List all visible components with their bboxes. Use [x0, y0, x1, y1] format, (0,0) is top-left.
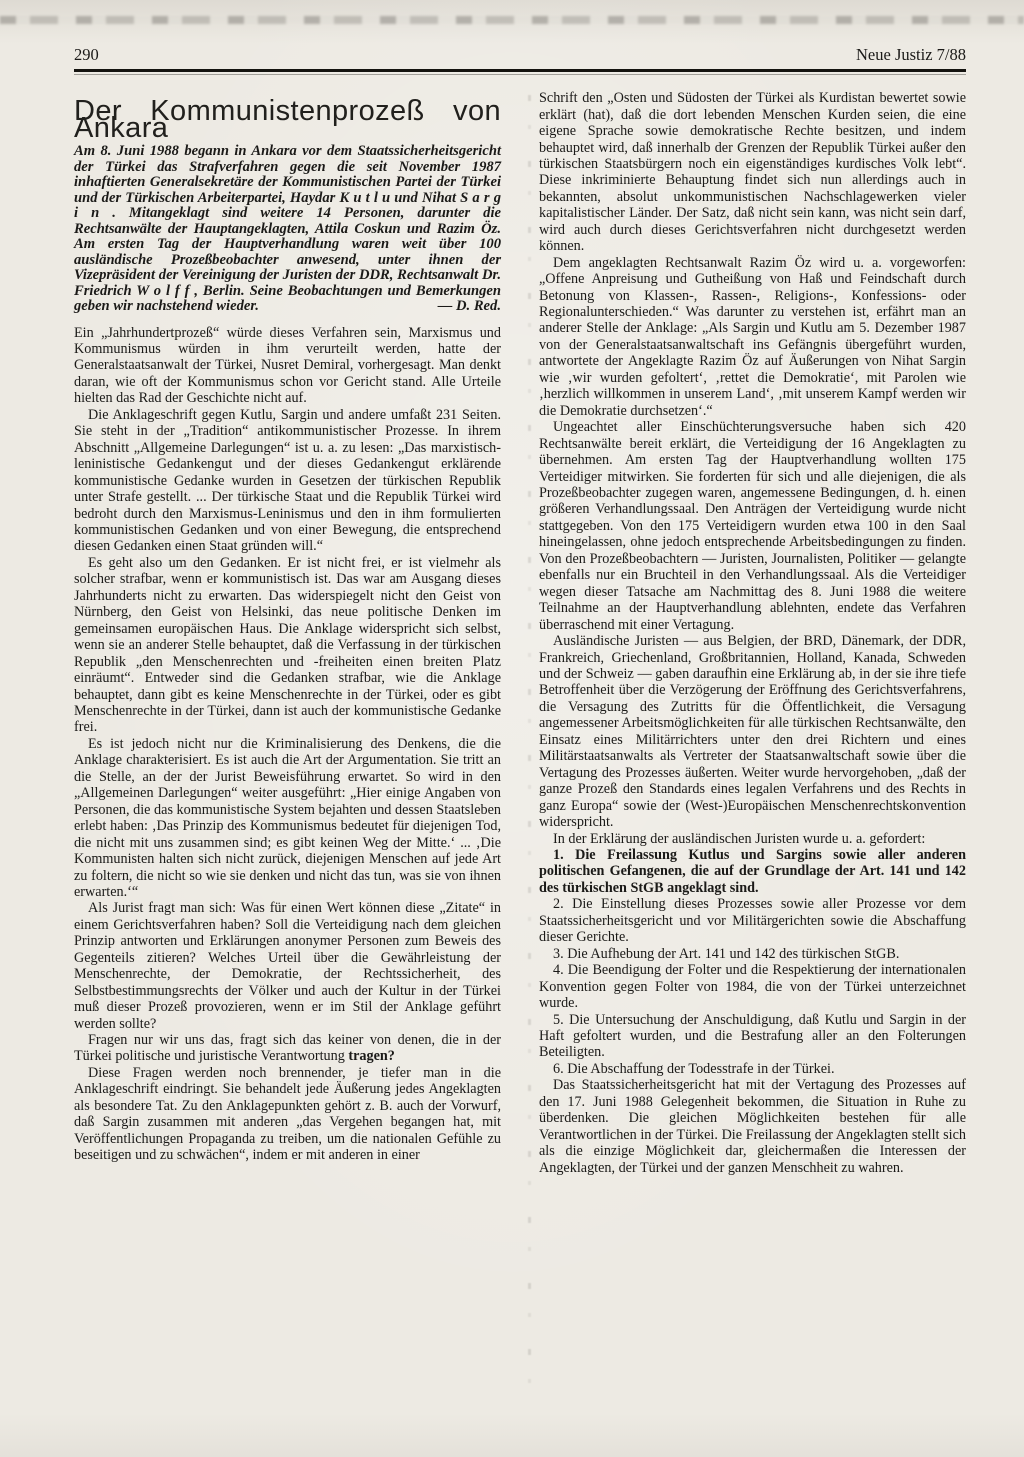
paragraph: Ungeachtet aller Einschüchterungsversuch…: [539, 419, 966, 633]
page-title: Der Kommunistenprozeß von Ankara: [74, 103, 501, 136]
paragraph: 6. Die Abschaffung der Todesstrafe in de…: [539, 1061, 966, 1077]
page-number: 290: [74, 46, 99, 64]
header-rule: [74, 69, 966, 75]
paragraph: 5. Die Untersuchung der Anschuldigung, d…: [539, 1012, 966, 1061]
paragraph: In der Erklärung der ausländischen Juris…: [539, 831, 966, 847]
paragraph: Ein „Jahrhundertprozeß“ würde dieses Ver…: [74, 325, 501, 407]
paragraph: Es ist jedoch nicht nur die Kriminalisie…: [74, 736, 501, 901]
paragraph: Fragen nur wir uns das, fragt sich das k…: [74, 1032, 501, 1065]
column-left: Der Kommunistenprozeß von Ankara Am 8. J…: [74, 90, 501, 1176]
paragraph: Die Anklageschrift gegen Kutlu, Sargin u…: [74, 407, 501, 555]
journal-title: Neue Justiz 7/88: [856, 46, 966, 64]
paragraph: 2. Die Einstellung dieses Prozesses sowi…: [539, 896, 966, 945]
paragraph: 4. Die Beendigung der Folter und die Res…: [539, 962, 966, 1011]
paragraph: Das Staatssicherheitsgericht hat mit der…: [539, 1077, 966, 1176]
paragraph: Diese Fragen werden noch brennender, je …: [74, 1065, 501, 1164]
paragraph: Schrift den „Osten und Südosten der Türk…: [539, 90, 966, 255]
article-body: Der Kommunistenprozeß von Ankara Am 8. J…: [74, 90, 966, 1176]
byline: — D. Red.: [438, 299, 501, 315]
page: 290 Neue Justiz 7/88 Der Kommunistenproz…: [74, 0, 966, 1176]
paragraph: Ausländische Juristen — aus Belgien, der…: [539, 633, 966, 830]
paragraph: Als Jurist fragt man sich: Was für einen…: [74, 900, 501, 1032]
page-header: 290 Neue Justiz 7/88: [74, 0, 966, 64]
paragraph: Dem angeklagten Rechtsanwalt Razim Öz wi…: [539, 255, 966, 420]
column-right: Schrift den „Osten und Südosten der Türk…: [539, 90, 966, 1176]
paragraph: Es geht also um den Gedanken. Er ist nic…: [74, 555, 501, 736]
intro-text: Am 8. Juni 1988 begann in Ankara vor dem…: [74, 143, 501, 314]
paragraph: 3. Die Aufhebung der Art. 141 und 142 de…: [539, 946, 966, 962]
intro-paragraph: Am 8. Juni 1988 begann in Ankara vor dem…: [74, 144, 501, 315]
paragraph: 1. Die Freilassung Kutlus und Sargins so…: [539, 847, 966, 896]
